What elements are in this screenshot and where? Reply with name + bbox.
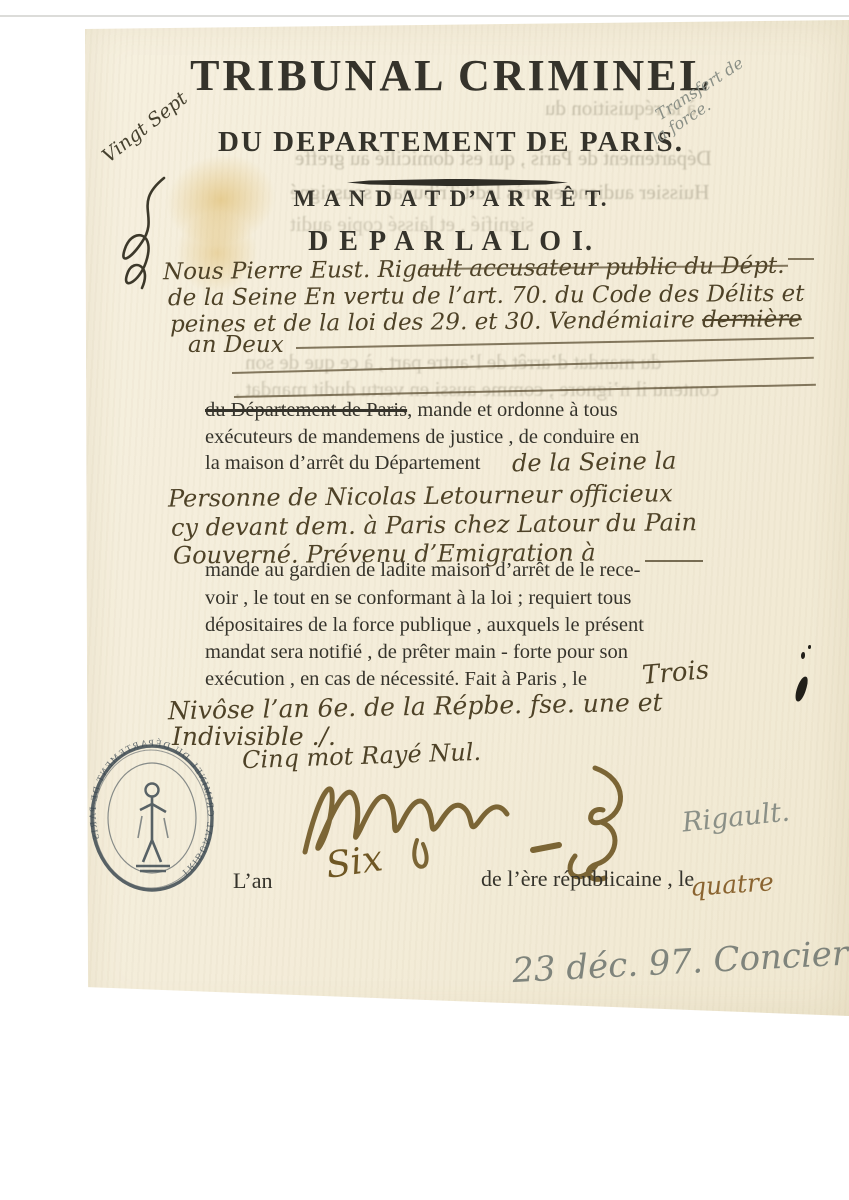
handwritten-date-word: Trois [641, 655, 710, 691]
insert-end-dash [645, 560, 703, 562]
handwritten-year-word: Six [323, 838, 385, 886]
body-line: mande au gardien de ladite maison d’arrê… [205, 559, 640, 582]
form-rule-dash [788, 258, 814, 260]
handwritten-insert-line3: cy devant dem. à Paris chez Latour du Pa… [171, 508, 697, 542]
body-text: , mande et ordonne à tous [407, 399, 618, 421]
handwritten-opening-line4: an Deux [188, 332, 284, 358]
tribunal-seal-stamp: TRIBUNAL CRIMINEL DU DÉPARTEMENT DE PARI… [88, 742, 216, 894]
body-line: voir , le tout en se conformant à la loi… [205, 587, 631, 610]
body-line: exécution , en cas de nécessité. Fait à … [205, 668, 587, 691]
body-line: mandat sera notifié , de prêter main - f… [205, 641, 628, 664]
footer-lan-label: L’an [233, 868, 273, 894]
scanner-edge-line [0, 15, 849, 17]
scanned-document: à la réquisition du Département de Paris… [0, 0, 849, 1200]
struck-word: dernière [702, 306, 802, 333]
body-line: exécuteurs de mandemens de justice , de … [205, 426, 639, 449]
handwritten-day-word: quatre [689, 867, 775, 902]
handwritten-insert-line1: de la Seine la [512, 447, 677, 478]
struck-department-text: du Département de Paris [205, 399, 407, 421]
mandat-darret-heading: M A N D A T D’ A R R Ê T. [120, 186, 782, 212]
body-line: la maison d’arrêt du Département [205, 452, 481, 475]
handwritten-insert-line2: Personne de Nicolas Letourneur officieux [168, 479, 673, 512]
body-line: du Département de Paris, mande et ordonn… [205, 399, 618, 422]
body-line: dépositaires de la force publique , auxq… [205, 614, 644, 637]
footer-era-label: de l’ère républicaine , le [481, 866, 694, 892]
